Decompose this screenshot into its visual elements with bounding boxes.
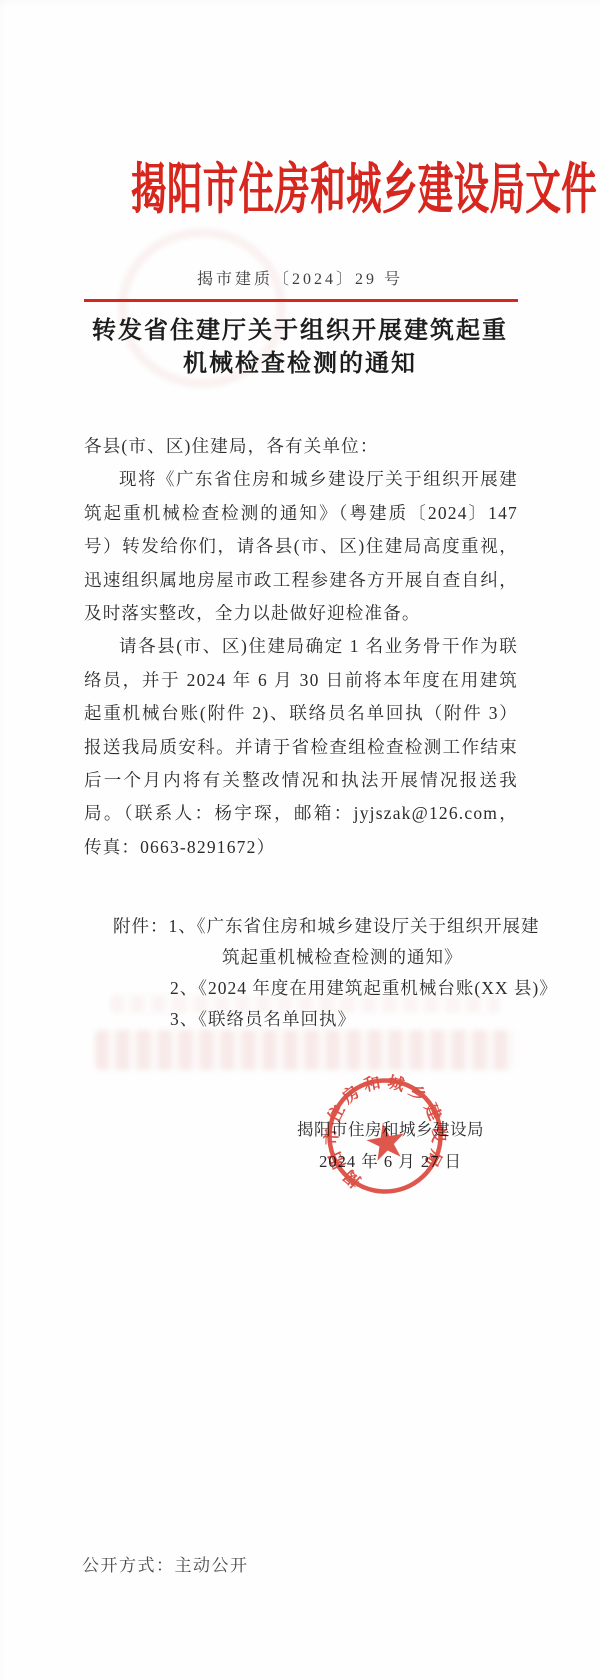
document-body: 各县(市、区)住建局，各有关单位： 现将《广东省住房和城乡建设厅关于组织开展建筑… (84, 430, 518, 864)
attachment-item-2: 2、《2024 年度在用建筑起重机械台账(XX 县)》 (113, 973, 533, 1004)
scanned-official-document: 揭阳市住房和城乡建设局文件 揭市建质〔2024〕29 号 转发省住建厅关于组织开… (0, 0, 600, 1680)
body-paragraph-1: 现将《广东省住房和城乡建设厅关于组织开展建筑起重机械检查检测的通知》（粤建质〔2… (84, 463, 518, 630)
attachments-list: 附件：1、《广东省住房和城乡建设厅关于组织开展建 筑起重机械检查检测的通知》 2… (113, 911, 533, 1035)
attachment-label-item-1: 附件：1、《广东省住房和城乡建设厅关于组织开展建 (113, 911, 533, 942)
attachment-item-1-wrap: 筑起重机械检查检测的通知》 (113, 942, 533, 973)
letterhead-title: 揭阳市住房和城乡建设局文件 (131, 150, 597, 230)
document-title: 转发省住建厅关于组织开展建筑起重 机械检查检测的通知 (0, 314, 600, 380)
attachment-item-3: 3、《联络员名单回执》 (113, 1004, 533, 1035)
disclosure-method: 公开方式：主动公开 (82, 1551, 249, 1576)
document-title-line2: 机械检查检测的通知 (0, 347, 600, 380)
salutation: 各县(市、区)住建局，各有关单位： (84, 430, 518, 463)
document-title-line1: 转发省住建厅关于组织开展建筑起重 (0, 314, 600, 347)
seal-star-icon (364, 1120, 408, 1162)
body-paragraph-2: 请各县(市、区)住建局确定 1 名业务骨干作为联络员，并于 2024 年 6 月… (84, 630, 518, 864)
letterhead: 揭阳市住房和城乡建设局文件 (0, 150, 600, 236)
official-seal: 揭阳市住房和城乡建设局 (287, 1038, 484, 1235)
red-divider-rule (84, 299, 518, 302)
document-number: 揭市建质〔2024〕29 号 (0, 266, 600, 289)
